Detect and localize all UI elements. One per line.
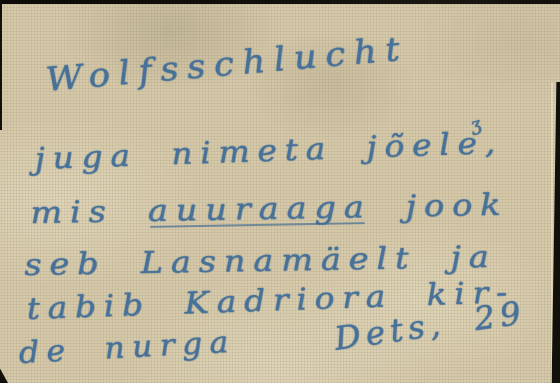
photo-edge-bottom-left bbox=[0, 366, 8, 383]
handwriting-title-line: Wolfsschlucht bbox=[44, 28, 410, 99]
photo-edge-right bbox=[548, 82, 560, 383]
handwriting-line: juga nimeta jõele, bbox=[34, 126, 503, 177]
photo-edge-left bbox=[0, 0, 2, 130]
photo-edge-top bbox=[0, 0, 560, 4]
handwriting-line: de nurga bbox=[18, 325, 236, 371]
handwriting-line: seb Lasnamäelt ja bbox=[24, 240, 497, 283]
note-card: Wolfsschlucht juga nimeta jõele, mis auu… bbox=[0, 0, 560, 383]
